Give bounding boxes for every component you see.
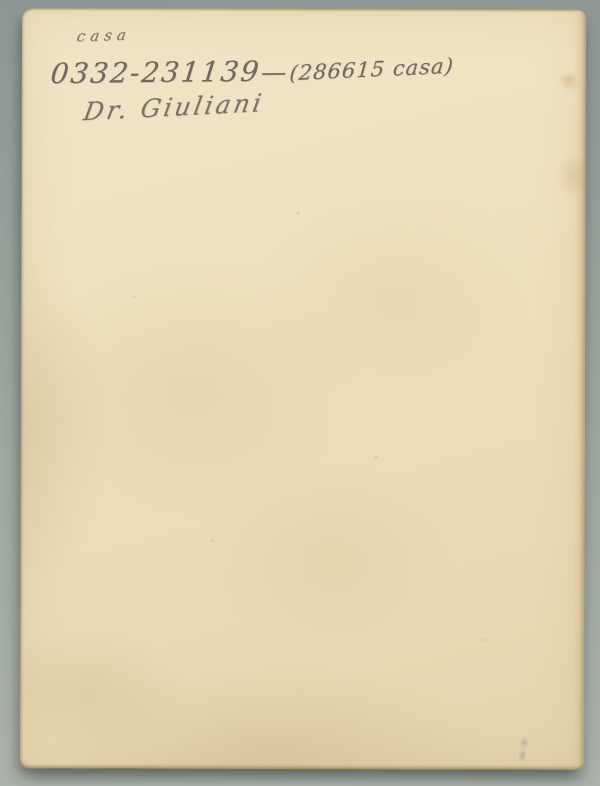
handwritten-dash: — <box>260 57 290 86</box>
card-edge-bevel <box>572 13 585 765</box>
handwritten-casa-label: casa <box>76 26 133 46</box>
handwritten-phone-number: 0332-231139 <box>49 55 262 90</box>
photo-backdrop: casa 0332-231139 — (286615 casa) Dr. Giu… <box>0 0 600 786</box>
photo-back-card: casa 0332-231139 — (286615 casa) Dr. Giu… <box>20 7 586 769</box>
handwritten-alt-phone-number: (286615 casa) <box>288 54 454 86</box>
handwritten-phone-line: 0332-231139 — (286615 casa) <box>49 53 455 91</box>
blue-ink-smudge <box>511 733 534 764</box>
handwritten-name: Dr. Giuliani <box>81 88 266 126</box>
